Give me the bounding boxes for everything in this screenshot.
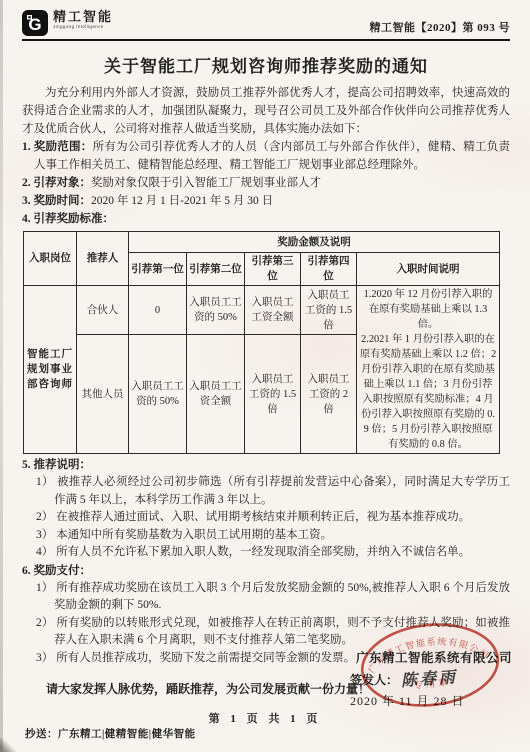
scan-edge-artifact — [0, 0, 3, 752]
page-number: 第 1 页 共 1 页 — [0, 710, 530, 726]
section-referral-target: 2. 引荐对象：奖励对象仅限于引入智能工厂规划事业部人才 — [22, 174, 510, 192]
referrer-cell: 合伙人 — [77, 286, 129, 335]
recommendation-note-item: 3） 本通知中所有奖励基数为入职员工试用期的基本工资。 — [22, 527, 510, 545]
position-cell: 智能工厂规划事业部咨询师 — [24, 286, 77, 454]
item-text: 所有推荐成功奖励在该员工入职 3 个月后发放奖励金额的 50%,被推荐人入职 6… — [54, 582, 510, 612]
time-note-cell: 1.2020 年 12 月份引荐入职的在原有奖励基础上乘以 1.3 倍。 2.2… — [357, 286, 500, 454]
reward-cell: 入职员工工资的 1.5 倍 — [245, 335, 301, 454]
item-text: 在被推荐人通过面试、入职、试用期考核结束并顺利转正后，视为基本推荐成功。 — [56, 511, 470, 523]
section-label: 4. 引荐奖励标准： — [22, 213, 114, 225]
reward-cell: 入职员工工资全额 — [187, 335, 245, 454]
section-reward-scope: 1. 奖励范围：所有为公司引荐优秀人才的人员（含内部员工与外部合作伙伴），健精、… — [22, 138, 510, 174]
col-header-referrer: 推荐人 — [77, 232, 129, 286]
scan-corner-artifact — [0, 738, 16, 752]
section-label: 3. 奖励时间： — [22, 195, 91, 207]
item-number: 3） — [36, 529, 53, 541]
item-text: 被推荐人必须经过公司初步筛选（所有引荐提前发营运中心备案），同时满足大专学历工作… — [54, 476, 510, 506]
signer-line: 签发人： 陈春雨 — [350, 669, 512, 691]
signer-label: 签发人： — [350, 673, 398, 687]
reward-cell: 入职员工工资全额 — [245, 286, 301, 335]
table-header-row-1: 入职岗位 推荐人 奖励金额及说明 — [24, 232, 500, 253]
section-label: 2. 引荐对象： — [22, 177, 91, 189]
col-header-reward-group: 奖励金额及说明 — [129, 232, 500, 253]
section-text: 2020 年 12 月 1 日-2021 年 5 月 30 日 — [91, 195, 273, 207]
doc-title: 关于智能工厂规划咨询师推荐奖励的通知 — [22, 52, 510, 77]
item-text: 所有奖励的以转账形式兑现，如被推荐人在转正前离职，则不予支付推荐人奖励；如被推荐… — [54, 617, 510, 647]
reward-cell: 入职员工工资的 1.5 倍 — [301, 286, 357, 335]
payment-note-item: 2） 所有奖励的以转账形式兑现，如被推荐人在转正前离职，则不予支付推荐人奖励；如… — [22, 615, 510, 650]
col-header-time-note: 入职时间说明 — [357, 253, 500, 286]
section-text: 奖励对象仅限于引入智能工厂规划事业部人才 — [91, 177, 321, 189]
section-reward-standard: 4. 引荐奖励标准： — [22, 210, 510, 228]
item-number: 2） — [36, 511, 53, 523]
brand-text-block: 精工智能 Jinggong Intelligence — [53, 10, 113, 30]
scanned-notice-page: G 精工智能 Jinggong Intelligence 精工智能【2020】第… — [0, 0, 530, 752]
col-header-second: 引荐第二位 — [187, 253, 245, 286]
section-reward-period: 3. 奖励时间：2020 年 12 月 1 日-2021 年 5 月 30 日 — [22, 192, 510, 210]
issue-date: 2020 年 11 月 28 日 — [350, 691, 512, 712]
reward-cell: 入职员工工资的 50% — [187, 286, 245, 335]
payment-note-item: 1） 所有推荐成功奖励在该员工入职 3 个月后发放奖励金额的 50%,被推荐人入… — [22, 580, 510, 615]
item-number: 1） — [36, 582, 53, 594]
doc-number: 精工智能【2020】第 093 号 — [370, 19, 511, 36]
recommendation-note-item: 1） 被推荐人必须经过公司初步筛选（所有引荐提前发营运中心备案），同时满足大专学… — [22, 474, 510, 509]
item-text: 本通知中所有奖励基数为入职员工试用期的基本工资。 — [56, 529, 332, 541]
signer-handwritten-signature: 陈春雨 — [400, 667, 458, 692]
col-header-fourth: 引荐第四位 — [301, 253, 357, 286]
item-number: 4） — [36, 546, 53, 558]
intro-paragraph: 为充分利用内外部人才资源，鼓励员工推荐外部优秀人才，提高公司招聘效率，快速高效的… — [22, 84, 510, 138]
recommendation-note-item: 4） 所有人员不允许私下累加入职人数，一经发现取消全部奖励，并纳入不诚信名单。 — [22, 544, 510, 562]
item-number: 2） — [36, 617, 54, 629]
reward-cell: 入职员工工资的 2 倍 — [301, 335, 357, 454]
signature-block: 广东精工智能系统有限公司 签发人： 陈春雨 2020 年 11 月 28 日 — [350, 648, 512, 712]
col-header-third: 引荐第三位 — [245, 253, 301, 286]
company-logo: G 精工智能 Jinggong Intelligence — [22, 10, 113, 36]
cc-line: 抄送：广东精工|健精智能|健华智能 — [25, 726, 196, 741]
brand-name: 精工智能 — [53, 10, 113, 23]
reward-table: 入职岗位 推荐人 奖励金额及说明 引荐第一位 引荐第二位 引荐第三位 引荐第四位… — [23, 231, 500, 454]
col-header-position: 入职岗位 — [24, 232, 77, 286]
section-5-heading: 5. 推荐说明： — [22, 456, 510, 474]
item-text: 所有人员不允许私下累加入职人数，一经发现取消全部奖励，并纳入不诚信名单。 — [56, 546, 470, 558]
section-6-heading: 6. 奖励支付： — [22, 562, 510, 580]
referrer-cell: 其他人员 — [77, 335, 129, 454]
issuing-company-name: 广东精工智能系统有限公司 — [350, 648, 512, 669]
logo-g-icon: G — [22, 10, 48, 36]
brand-name-en: Jinggong Intelligence — [53, 25, 113, 30]
table-row-partner: 智能工厂规划事业部咨询师 合伙人 0 入职员工工资的 50% 入职员工工资全额 … — [24, 286, 500, 335]
section-label: 1. 奖励范围： — [22, 141, 93, 153]
section-text: 所有为公司引荐优秀人才的人员（含内部员工与外部合作伙伴），健精、精工负责人事工作… — [34, 141, 510, 171]
item-text: 所有人员推荐成功，奖励下发之前需提交同等金额的发票。 — [56, 652, 355, 664]
recommendation-note-item: 2） 在被推荐人通过面试、入职、试用期考核结束并顺利转正后，视为基本推荐成功。 — [22, 509, 510, 527]
letterhead: G 精工智能 Jinggong Intelligence 精工智能【2020】第… — [22, 10, 510, 41]
reward-cell: 入职员工工资的 50% — [129, 335, 187, 454]
item-number: 1） — [36, 476, 54, 488]
reward-cell: 0 — [129, 286, 187, 335]
col-header-first: 引荐第一位 — [129, 253, 187, 286]
item-number: 3） — [36, 652, 53, 664]
